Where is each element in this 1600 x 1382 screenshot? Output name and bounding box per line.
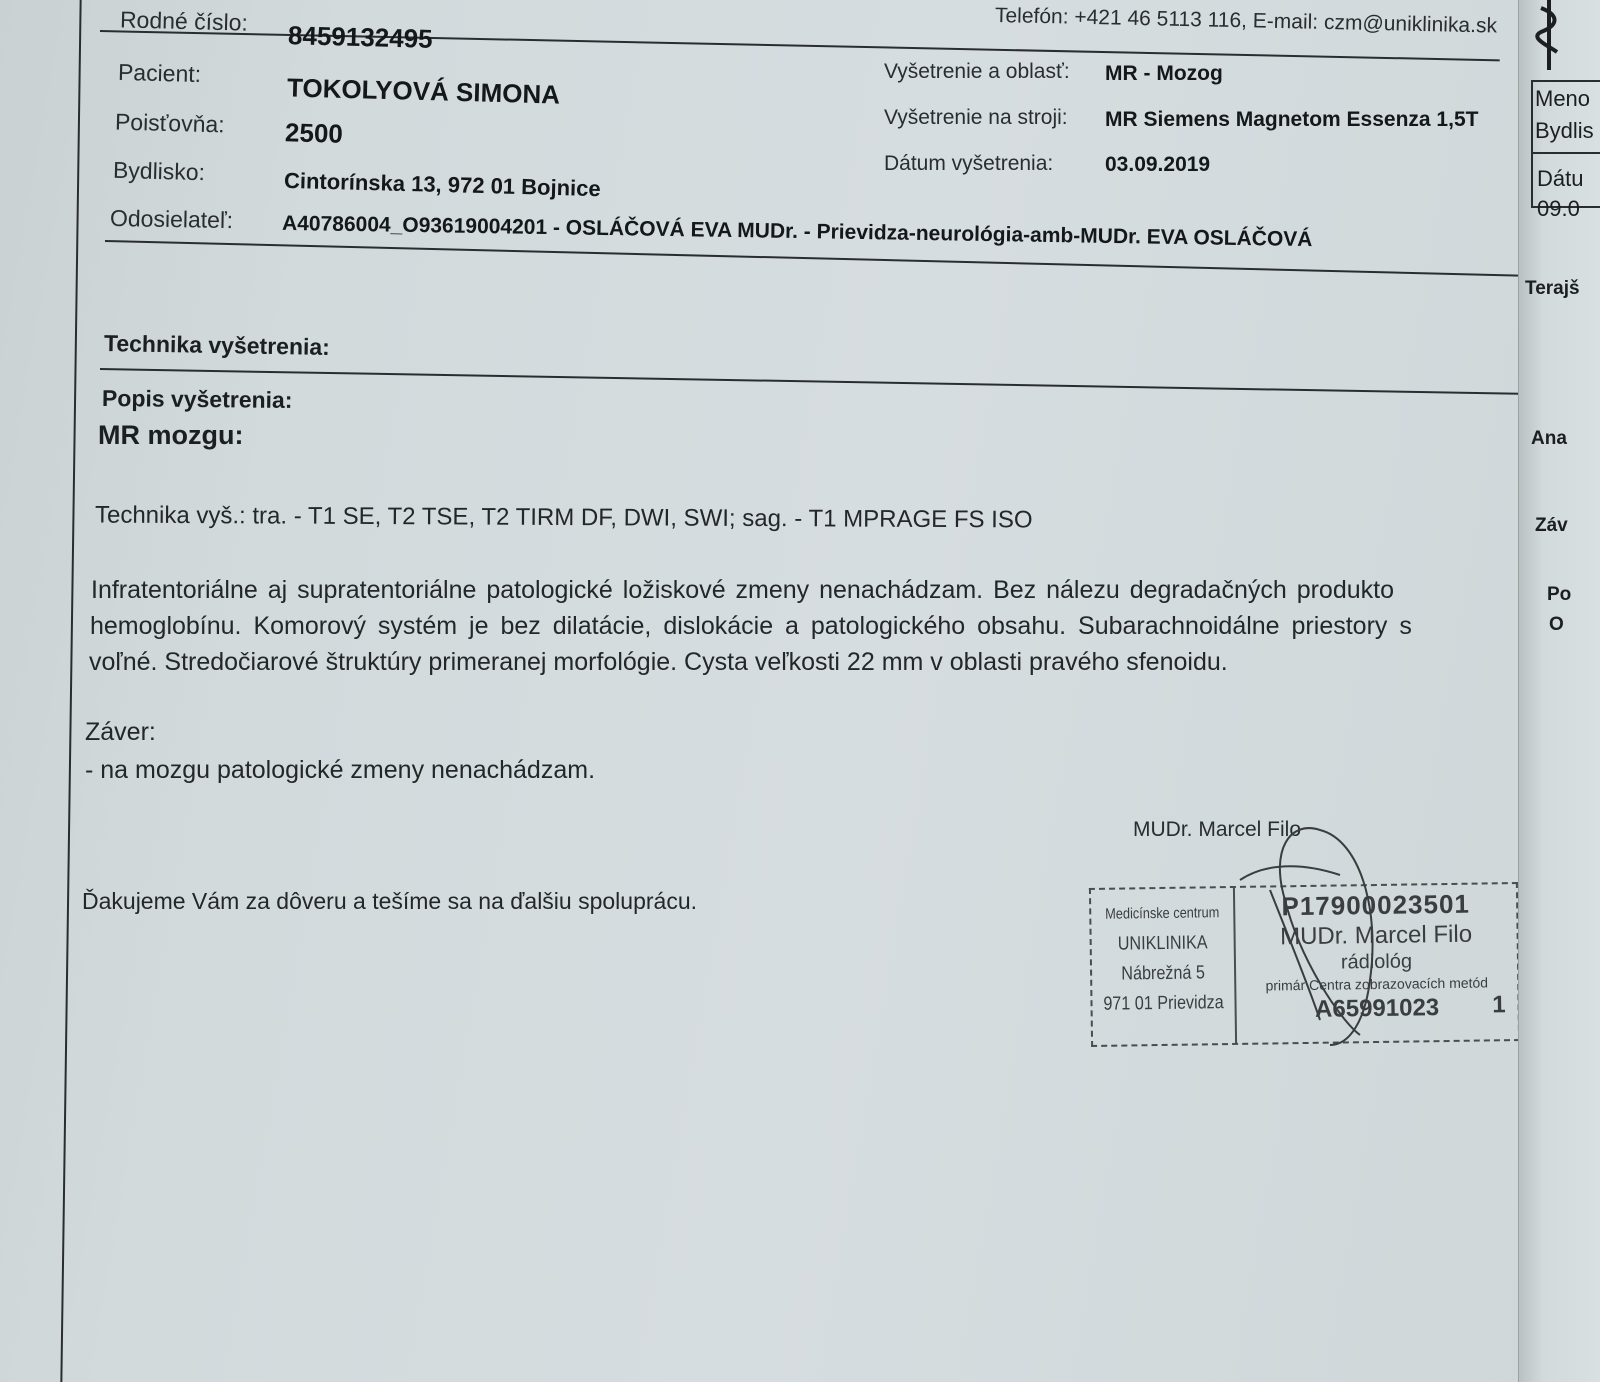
sender-label: Odosielateľ:	[110, 205, 234, 234]
patient-name-label: Pacient:	[118, 59, 202, 88]
doctor-stamp: Medicínske centrum UNIKLINIKA Nábrežná 5…	[1089, 882, 1520, 1047]
technique-rule	[100, 368, 1520, 395]
findings-line-3: voľné. Stredočiarové štruktúry primerane…	[89, 644, 1228, 680]
back-fragment-po: Po	[1547, 584, 1571, 606]
caduceus-icon	[1529, 0, 1569, 70]
exam-type-value: MR - Mozog	[1105, 62, 1223, 86]
stamp-org-line3: Nábrežná 5	[1103, 958, 1224, 990]
exam-machine-label: Vyšetrenie na stroji:	[884, 106, 1068, 130]
address-value: Cintorínska 13, 972 01 Bojnice	[284, 168, 601, 202]
back-fragment-meno: Meno	[1535, 86, 1590, 112]
birth-number-value: 8459132495	[288, 20, 433, 55]
back-fragment-terajsie: Terajš	[1525, 278, 1580, 300]
stamp-name: MUDr. Marcel Filo	[1235, 920, 1516, 952]
back-fragment-anamneza: Ana	[1531, 428, 1567, 450]
birth-number-label: Rodné číslo:	[120, 6, 249, 36]
stamp-organization: Medicínske centrum UNIKLINIKA Nábrežná 5…	[1091, 888, 1237, 1045]
insurer-value: 2500	[285, 117, 344, 150]
mr-heading: MR mozgu:	[98, 420, 243, 451]
address-label: Bydlisko:	[113, 157, 206, 186]
stamp-doctor: P17900023501 MUDr. Marcel Filo rádiológ …	[1235, 884, 1518, 1043]
conclusion-text: - na mozgu patologické zmeny nenachádzam…	[85, 752, 595, 788]
description-heading: Popis vyšetrenia:	[102, 385, 293, 414]
patient-name-value: TOKOLYOVÁ SIMONA	[287, 72, 561, 110]
back-fragment-bydlisko: Bydlis	[1535, 118, 1594, 144]
report-page: Telefón: +421 46 5113 116, E-mail: czm@u…	[0, 0, 1545, 1382]
page-edge	[60, 0, 81, 1382]
insurer-label: Poisťovňa:	[115, 109, 225, 139]
back-page-fragment: Meno Bydlis Dátu 09.0 Terajš Ana Záv Po …	[1518, 0, 1600, 1382]
stamp-code: P17900023501	[1235, 886, 1516, 924]
findings-line-2: hemoglobínu. Komorový systém je bez dila…	[90, 608, 1412, 644]
back-fragment-datum: Dátu	[1537, 166, 1583, 192]
contact-line: Telefón: +421 46 5113 116, E-mail: czm@u…	[995, 4, 1497, 39]
thanks-text: Ďakujeme Vám za dôveru a tešíme sa na ďa…	[82, 888, 697, 915]
back-fragment-o: O	[1549, 614, 1564, 636]
stamp-number: A65991023	[1236, 992, 1517, 1026]
back-fragment-zaver: Záv	[1535, 515, 1568, 537]
exam-date-value: 03.09.2019	[1105, 153, 1210, 177]
doctor-name: MUDr. Marcel Filo	[1133, 818, 1301, 842]
stamp-dept: primár Centra zobrazovacích metód	[1236, 972, 1517, 996]
technique-heading: Technika vyšetrenia:	[104, 330, 330, 361]
sender-value: A40786004_O93619004201 - OSLÁČOVÁ EVA MU…	[282, 212, 1313, 252]
stamp-org-line1: Medicínske centrum	[1102, 898, 1223, 930]
stamp-org-line2: UNIKLINIKA	[1102, 928, 1223, 960]
back-fragment-date: 09.0	[1537, 196, 1580, 222]
exam-type-label: Vyšetrenie a oblasť:	[884, 60, 1070, 84]
exam-machine-value: MR Siemens Magnetom Essenza 1,5T	[1105, 108, 1478, 132]
conclusion-heading: Záver:	[85, 714, 156, 750]
technique-line: Technika vyš.: tra. - T1 SE, T2 TSE, T2 …	[95, 498, 1033, 539]
stamp-org-line4: 971 01 Prievidza	[1103, 988, 1224, 1020]
stamp-number-suffix: 1	[1492, 991, 1506, 1019]
exam-date-label: Dátum vyšetrenia:	[884, 152, 1053, 176]
findings-line-1: Infratentoriálne aj supratentoriálne pat…	[91, 572, 1394, 608]
